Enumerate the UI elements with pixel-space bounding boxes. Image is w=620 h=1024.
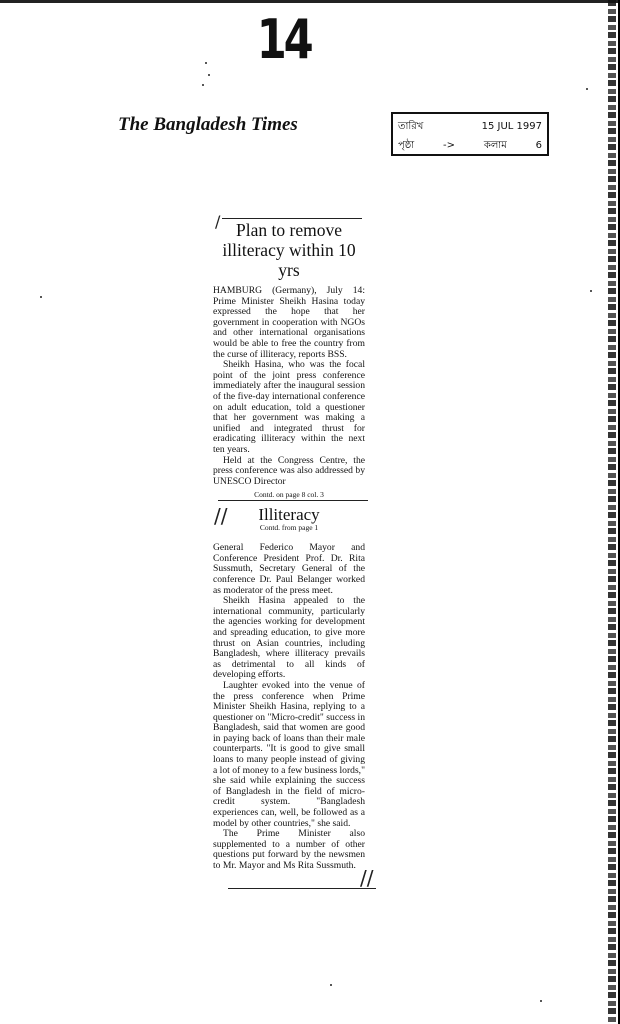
- clipping-bottom-edge: [228, 888, 376, 889]
- date-stamp: তারিখ 15 JUL 1997 পৃষ্ঠা -> কলাম 6: [391, 112, 549, 156]
- scan-speck: [202, 84, 204, 86]
- article-paragraph: Held at the Congress Centre, the press c…: [213, 456, 365, 488]
- scan-speck: [586, 88, 588, 90]
- continuation-paragraph: General Federico Mayor and Conference Pr…: [213, 543, 365, 596]
- scan-right-edge: [608, 0, 616, 1024]
- handwritten-page-number: 14: [257, 8, 311, 71]
- continuation-paragraph: Laughter evoked into the venue of the pr…: [213, 681, 365, 829]
- continued-from-note: Contd. from page 1: [213, 523, 365, 534]
- stamp-date-label: তারিখ: [398, 117, 423, 136]
- article-paragraph: HAMBURG (Germany), July 14: Prime Minist…: [213, 286, 365, 360]
- continuation-clipping: Illiteracy Contd. from page 1 General Fe…: [213, 504, 365, 872]
- article-paragraph: Sheikh Hasina, who was the focal point o…: [213, 360, 365, 455]
- stamp-page-value: ->: [443, 136, 455, 155]
- newspaper-masthead: The Bangladesh Times: [118, 114, 298, 136]
- scan-speck: [330, 984, 332, 986]
- scan-speck: [205, 62, 207, 64]
- scan-top-edge: [0, 0, 620, 3]
- stamp-date-value: 15 JUL 1997: [482, 117, 542, 136]
- stamp-page-label: পৃষ্ঠা: [398, 136, 414, 155]
- scan-speck: [40, 296, 42, 298]
- scan-speck: [208, 74, 210, 76]
- scan-speck: [590, 290, 592, 292]
- stamp-column-value: 6: [536, 136, 542, 155]
- continuation-paragraph: The Prime Minister also supplemented to …: [213, 829, 365, 871]
- clipping-corner-mark: //: [360, 866, 373, 890]
- continuation-paragraph: Sheikh Hasina appealed to the internatio…: [213, 596, 365, 681]
- article-headline: Plan to remove illiteracy within 10 yrs: [213, 220, 365, 280]
- article-clipping: Plan to remove illiteracy within 10 yrs …: [213, 220, 365, 501]
- clipping-divider: [218, 500, 368, 501]
- clipping-top-edge: [222, 218, 362, 219]
- continuation-headline: Illiteracy: [213, 510, 365, 521]
- scan-speck: [540, 1000, 542, 1002]
- stamp-column-label: কলাম: [484, 136, 507, 155]
